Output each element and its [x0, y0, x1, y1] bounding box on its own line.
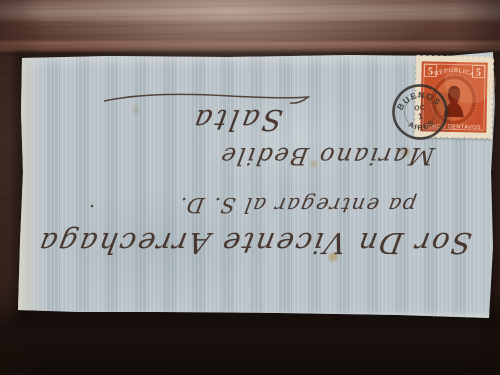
photo-scene: Sor Dn Vicente Arrechaga pa entregar al …	[0, 0, 500, 375]
postage-stamp: 5 5 REPUBLICA CINCO CENTAVOS	[411, 52, 497, 142]
address-line-instruction: pa entregar al S. D.	[84, 193, 418, 217]
stamp-denomination-left: 5	[428, 66, 433, 77]
stamp-ink-shade	[420, 92, 451, 132]
address-line-recipient: Sor Dn Vicente Arrechaga	[52, 226, 474, 260]
address-line-name: Mariano Bedile	[110, 142, 437, 170]
address-line-destination: Salta	[127, 103, 285, 137]
